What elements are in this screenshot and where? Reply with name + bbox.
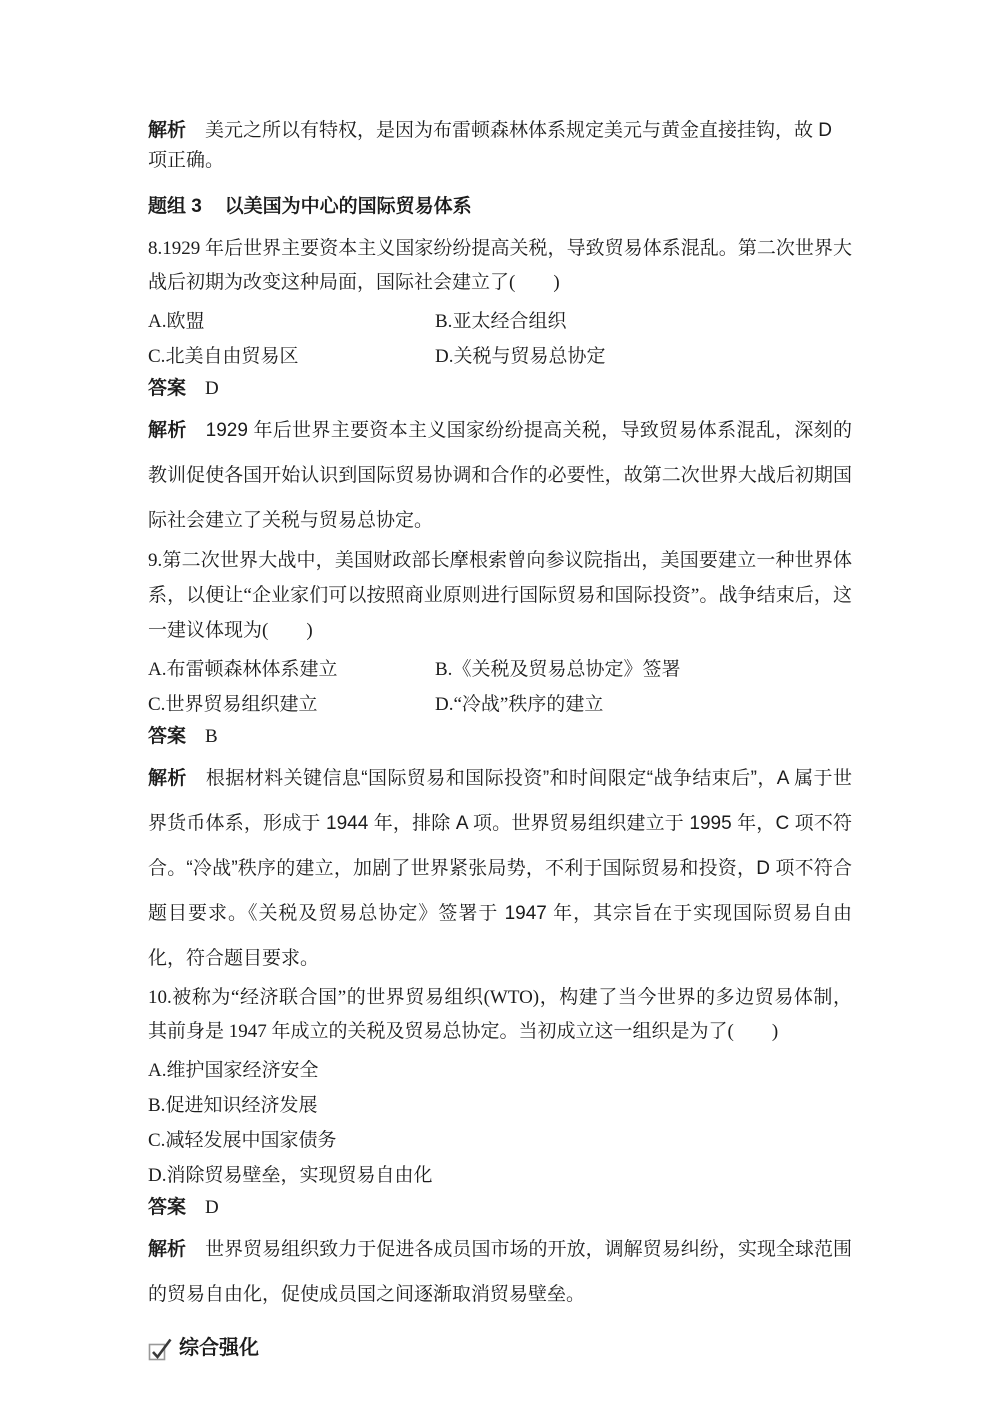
question-number: 8. <box>148 238 162 259</box>
answer-value: B <box>205 726 218 747</box>
question-number: 10. <box>148 987 172 1008</box>
option-label: A. <box>148 1060 166 1081</box>
analysis-label: 解析 <box>148 768 187 789</box>
option-label: C. <box>148 346 165 367</box>
option-label: D. <box>435 694 453 715</box>
answer-label: 答案 <box>148 1197 186 1218</box>
options-grid: A.布雷顿森林体系建立 B.《关税及贸易总协定》签署 C.世界贸易组织建立 D.… <box>148 652 852 722</box>
option-text: 《关税及贸易总协定》签署 <box>452 659 680 680</box>
analysis-label: 解析 <box>148 120 186 141</box>
option-label: C. <box>148 694 165 715</box>
option-text: 世界贸易组织建立 <box>165 694 317 715</box>
option-text: 布雷顿森林体系建立 <box>166 659 337 680</box>
option-d: D.“冷战”秩序的建立 <box>435 687 852 722</box>
analysis-label: 解析 <box>148 1239 186 1260</box>
answer-value: D <box>205 378 219 399</box>
option-c: C.减轻发展中国家债务 <box>148 1123 852 1158</box>
option-label: C. <box>148 1130 165 1151</box>
answer-line: 答案D <box>148 374 852 404</box>
option-d: D.消除贸易壁垒，实现贸易自由化 <box>148 1158 852 1193</box>
footer-section-header: 综合强化 <box>148 1333 852 1363</box>
analysis-text: 美元之所以有特权，是因为布雷顿森林体系规定美元与黄金直接挂钩，故 D 项正确。 <box>148 120 832 171</box>
question-text: 1929 年后世界主要资本主义国家纷纷提高关税，导致贸易体系混乱。第二次世界大战… <box>148 238 852 293</box>
footer-section-title: 综合强化 <box>179 1333 259 1363</box>
option-b: B.促进知识经济发展 <box>148 1088 852 1123</box>
answer-label: 答案 <box>148 726 186 747</box>
analysis-label: 解析 <box>148 420 187 441</box>
checkbox-checked-icon <box>148 1336 172 1361</box>
answer-line: 答案D <box>148 1193 852 1223</box>
question-text: 被称为“经济联合国”的世界贸易组织(WTO)，构建了当今世界的多边贸易体制，其前… <box>148 987 852 1042</box>
option-label: A. <box>148 659 166 680</box>
prev-analysis-paragraph: 解析美元之所以有特权，是因为布雷顿森林体系规定美元与黄金直接挂钩，故 D 项正确… <box>148 116 852 176</box>
option-text: 欧盟 <box>166 311 204 332</box>
option-a: A.欧盟 <box>148 304 435 339</box>
option-a: A.维护国家经济安全 <box>148 1053 852 1088</box>
analysis-paragraph: 解析世界贸易组织致力于促进各成员国市场的开放，调解贸易纠纷，实现全球范围的贸易自… <box>148 1227 852 1317</box>
analysis-paragraph: 解析1929 年后世界主要资本主义国家纷纷提高关税，导致贸易体系混乱，深刻的教训… <box>148 408 852 543</box>
option-text: 亚太经合组织 <box>452 311 566 332</box>
option-text: 消除贸易壁垒，实现贸易自由化 <box>166 1165 432 1186</box>
option-c: C.世界贸易组织建立 <box>148 687 435 722</box>
option-text: 减轻发展中国家债务 <box>165 1130 336 1151</box>
option-text: 维护国家经济安全 <box>166 1060 318 1081</box>
question-number: 9. <box>148 550 162 571</box>
answer-line: 答案B <box>148 722 852 752</box>
options-list: A.维护国家经济安全 B.促进知识经济发展 C.减轻发展中国家债务 D.消除贸易… <box>148 1053 852 1193</box>
question-text: 第二次世界大战中，美国财政部长摩根索曾向参议院指出，美国要建立一种世界体系，以便… <box>148 550 852 641</box>
analysis-paragraph: 解析根据材料关键信息“国际贸易和国际投资”和时间限定“战争结束后”，A 属于世界… <box>148 756 852 981</box>
option-label: D. <box>148 1165 166 1186</box>
option-b: B.《关税及贸易总协定》签署 <box>435 652 852 687</box>
answer-label: 答案 <box>148 378 186 399</box>
section-label: 题组 3 <box>148 196 202 217</box>
option-text: “冷战”秩序的建立 <box>453 694 603 715</box>
option-label: B. <box>435 659 452 680</box>
section-title: 以美国为中心的国际贸易体系 <box>225 196 472 217</box>
analysis-text: 世界贸易组织致力于促进各成员国市场的开放，调解贸易纠纷，实现全球范围的贸易自由化… <box>148 1239 852 1305</box>
options-grid: A.欧盟 B.亚太经合组织 C.北美自由贸易区 D.关税与贸易总协定 <box>148 304 852 374</box>
option-label: B. <box>435 311 452 332</box>
option-text: 北美自由贸易区 <box>165 346 298 367</box>
option-c: C.北美自由贸易区 <box>148 339 435 374</box>
question-stem: 10.被称为“经济联合国”的世界贸易组织(WTO)，构建了当今世界的多边贸易体制… <box>148 981 852 1049</box>
section-header: 题组 3以美国为中心的国际贸易体系 <box>148 192 852 222</box>
option-label: D. <box>435 346 453 367</box>
option-label: B. <box>148 1095 165 1116</box>
question-stem: 9.第二次世界大战中，美国财政部长摩根索曾向参议院指出，美国要建立一种世界体系，… <box>148 543 852 648</box>
option-text: 促进知识经济发展 <box>165 1095 317 1116</box>
option-a: A.布雷顿森林体系建立 <box>148 652 435 687</box>
document-page: 解析美元之所以有特权，是因为布雷顿森林体系规定美元与黄金直接挂钩，故 D 项正确… <box>0 0 1000 1414</box>
analysis-text: 根据材料关键信息“国际贸易和国际投资”和时间限定“战争结束后”，A 属于世界货币… <box>148 768 852 969</box>
analysis-text: 1929 年后世界主要资本主义国家纷纷提高关税，导致贸易体系混乱，深刻的教训促使… <box>148 420 852 531</box>
option-b: B.亚太经合组织 <box>435 304 852 339</box>
option-text: 关税与贸易总协定 <box>453 346 605 367</box>
question-stem: 8.1929 年后世界主要资本主义国家纷纷提高关税，导致贸易体系混乱。第二次世界… <box>148 232 852 300</box>
option-label: A. <box>148 311 166 332</box>
option-d: D.关税与贸易总协定 <box>435 339 852 374</box>
answer-value: D <box>205 1197 219 1218</box>
